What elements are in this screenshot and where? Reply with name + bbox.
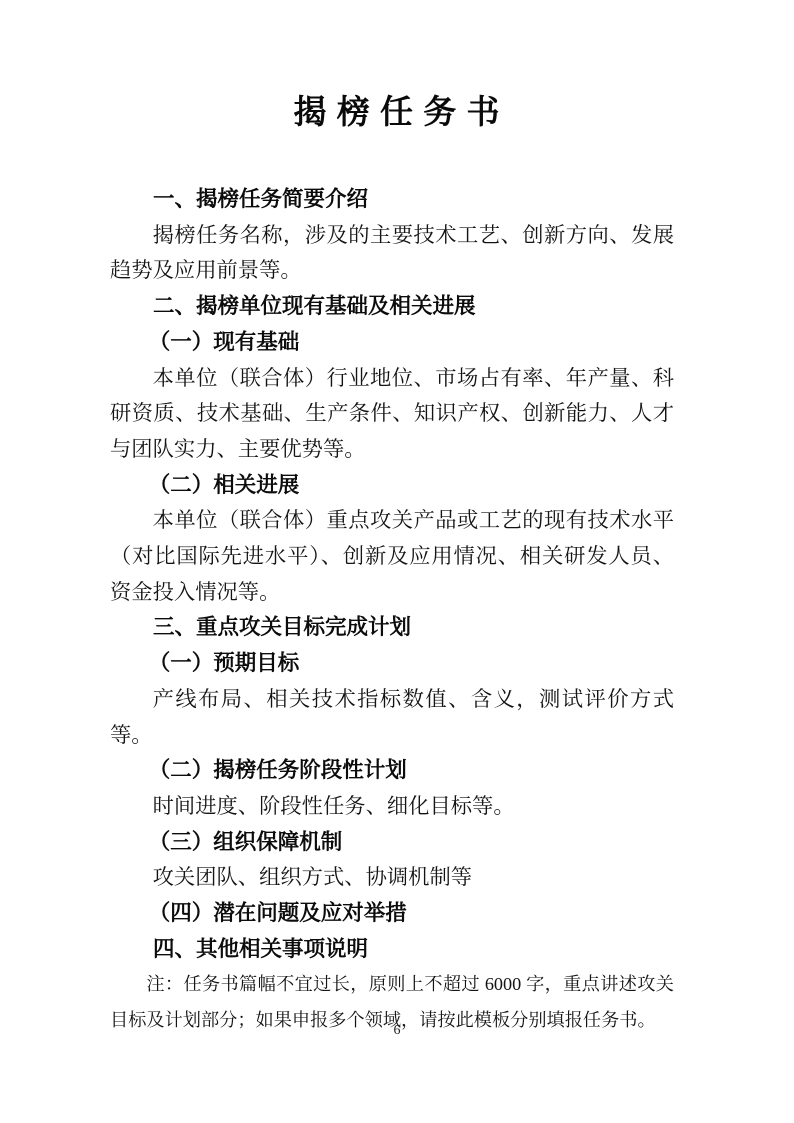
subsection-heading: （一）现有基础 <box>110 325 674 361</box>
paragraph: 产线布局、相关技术指标数值、含义，测试评价方式等。 <box>110 682 674 753</box>
page-number: 6 <box>0 1023 794 1039</box>
document-page: 揭 榜 任 务 书 一、揭榜任务简要介绍 揭榜任务名称，涉及的主要技术工艺、创新… <box>0 0 794 1123</box>
paragraph: 时间进度、阶段性任务、细化目标等。 <box>110 789 674 825</box>
paragraph: 本单位（联合体）重点攻关产品或工艺的现有技术水平（对比国际先进水平）、创新及应用… <box>110 503 674 610</box>
document-title: 揭 榜 任 务 书 <box>0 0 794 134</box>
subsection-heading: （四）潜在问题及应对举措 <box>110 896 674 932</box>
document-body: 一、揭榜任务简要介绍 揭榜任务名称，涉及的主要技术工艺、创新方向、发展趋势及应用… <box>110 182 674 1039</box>
section-heading: 二、揭榜单位现有基础及相关进展 <box>110 289 674 325</box>
section-heading: 三、重点攻关目标完成计划 <box>110 610 674 646</box>
paragraph: 攻关团队、组织方式、协调机制等 <box>110 860 674 896</box>
section-heading: 一、揭榜任务简要介绍 <box>110 182 674 218</box>
paragraph: 本单位（联合体）行业地位、市场占有率、年产量、科研资质、技术基础、生产条件、知识… <box>110 361 674 468</box>
subsection-heading: （三）组织保障机制 <box>110 825 674 861</box>
section-heading: 四、其他相关事项说明 <box>110 932 674 968</box>
subsection-heading: （二）揭榜任务阶段性计划 <box>110 753 674 789</box>
paragraph: 揭榜任务名称，涉及的主要技术工艺、创新方向、发展趋势及应用前景等。 <box>110 218 674 289</box>
subsection-heading: （一）预期目标 <box>110 646 674 682</box>
subsection-heading: （二）相关进展 <box>110 468 674 504</box>
